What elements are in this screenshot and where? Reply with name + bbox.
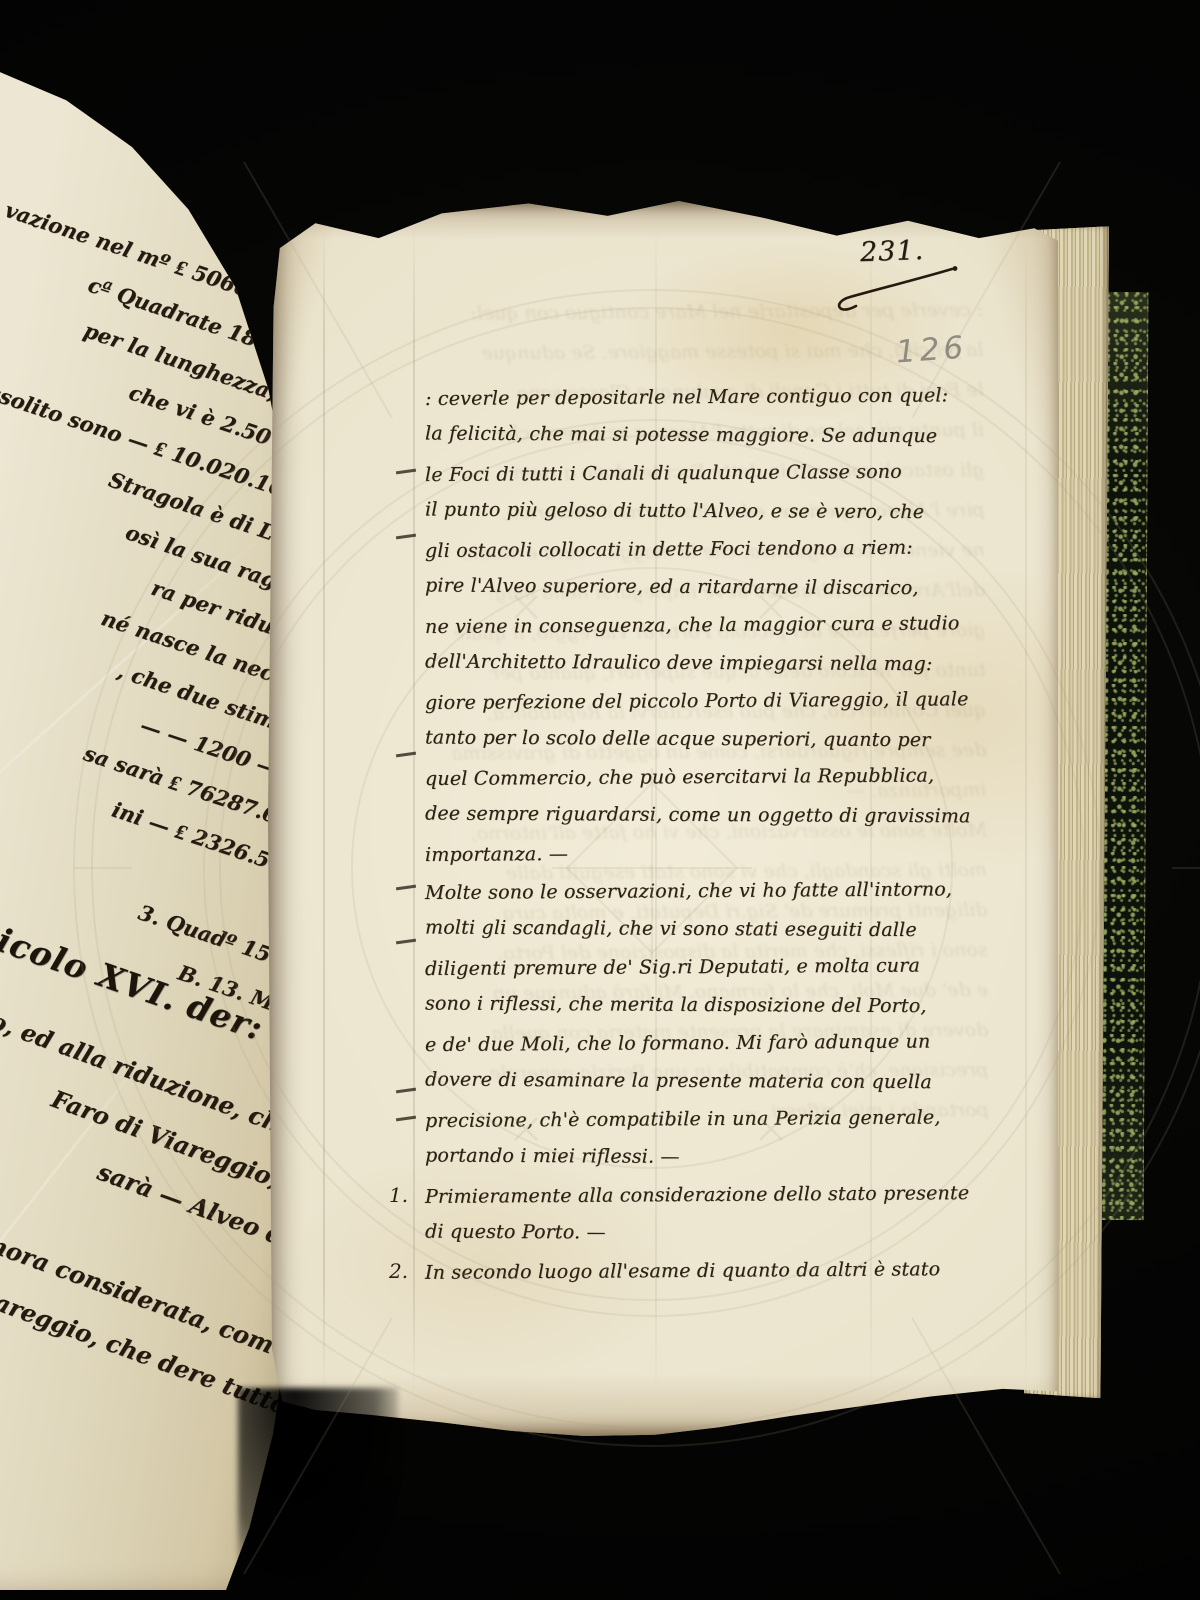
manuscript-line: giore perfezione del piccolo Porto di Vi… xyxy=(425,680,1000,722)
manuscript-line: il punto più geloso di tutto l'Alveo, e … xyxy=(425,490,1000,531)
manuscript-line: le Foci di tutti i Canali di qualunque C… xyxy=(425,452,1000,494)
right-page: : ceverle per depositarle nel Mare conti… xyxy=(268,196,1058,1436)
manuscript-line: gli ostacoli collocati in dette Foci ten… xyxy=(425,528,1000,570)
manuscript-line: sono i riflessi, che merita la disposizi… xyxy=(425,984,1000,1025)
manuscript-line: e de' due Moli, che lo formano. Mi farò … xyxy=(425,1022,1000,1064)
right-page-paragraph-2: Molte sono le osservazioni, che vi ho fa… xyxy=(425,872,1000,1176)
manuscript-line: : ceverle per depositarle nel Mare conti… xyxy=(425,376,1000,418)
right-page-items: 1.Primieramente alla considerazione dell… xyxy=(425,1176,1000,1290)
item-lines: Primieramente alla considerazione dello … xyxy=(425,1176,969,1252)
page-fold-line xyxy=(323,224,325,1396)
item-lines: In secondo luogo all'esame di quanto da … xyxy=(425,1252,940,1290)
gutter-shadow xyxy=(238,1388,398,1600)
manuscript-line: ne viene in conseguenza, che la maggior … xyxy=(425,604,1000,646)
manuscript-line: dee sempre riguardarsi, come un oggetto … xyxy=(425,794,1000,835)
manuscript-line: portando i miei riflessi. — xyxy=(425,1136,1000,1177)
item-marker: 1. xyxy=(389,1176,425,1252)
numbered-item: 2.In secondo luogo all'esame di quanto d… xyxy=(389,1252,1000,1290)
page-fold-line xyxy=(1025,224,1027,1396)
manuscript-line: In secondo luogo all'esame di quanto da … xyxy=(425,1250,941,1292)
manuscript-line: importanza. — xyxy=(425,832,1000,874)
manuscript-line: diligenti premure de' Sig.ri Deputati, e… xyxy=(425,946,1000,988)
folio-flourish xyxy=(834,262,974,316)
manuscript-line: la felicità, che mai si potesse maggiore… xyxy=(383,330,983,374)
manuscript-line: di questo Porto. — xyxy=(425,1213,969,1254)
manuscript-line: precisione, ch'è compatibile in una Peri… xyxy=(425,1098,1000,1140)
pencil-foliation: 126 xyxy=(895,330,969,371)
right-page-paragraph-1: : ceverle per depositarle nel Mare conti… xyxy=(425,378,1000,872)
manuscript-line: dell'Architetto Idraulico deve impiegars… xyxy=(425,642,1000,683)
manuscript-line: Molte sono le osservazioni, che vi ho fa… xyxy=(425,870,1000,912)
manuscript-line: molti gli scandagli, che vi sono stati e… xyxy=(425,908,1000,949)
numbered-item: 1.Primieramente alla considerazione dell… xyxy=(389,1176,1000,1252)
item-marker: 2. xyxy=(389,1252,425,1290)
manuscript-line: pire l'Alveo superiore, ed a ritardarne … xyxy=(425,566,1000,607)
manuscript-line: Primieramente alla considerazione dello … xyxy=(425,1174,969,1216)
manuscript-text-block: : ceverle per depositarle nel Mare conti… xyxy=(425,378,1000,1290)
manuscript-line: la felicità, che mai si potesse maggiore… xyxy=(425,414,1000,455)
manuscript-line: tanto per lo scolo delle acque superiori… xyxy=(425,718,1000,759)
manuscript-photo: — — —vazione nel mº ₤ 5066.13.4cª Quadra… xyxy=(0,0,1200,1600)
left-page-top-fragments: — — —vazione nel mº ₤ 5066.13.4cª Quadra… xyxy=(0,238,304,1037)
manuscript-line: dovere di esaminare la presente materia … xyxy=(425,1060,1000,1101)
manuscript-line: quel Commercio, che può esercitarvi la R… xyxy=(425,756,1000,798)
